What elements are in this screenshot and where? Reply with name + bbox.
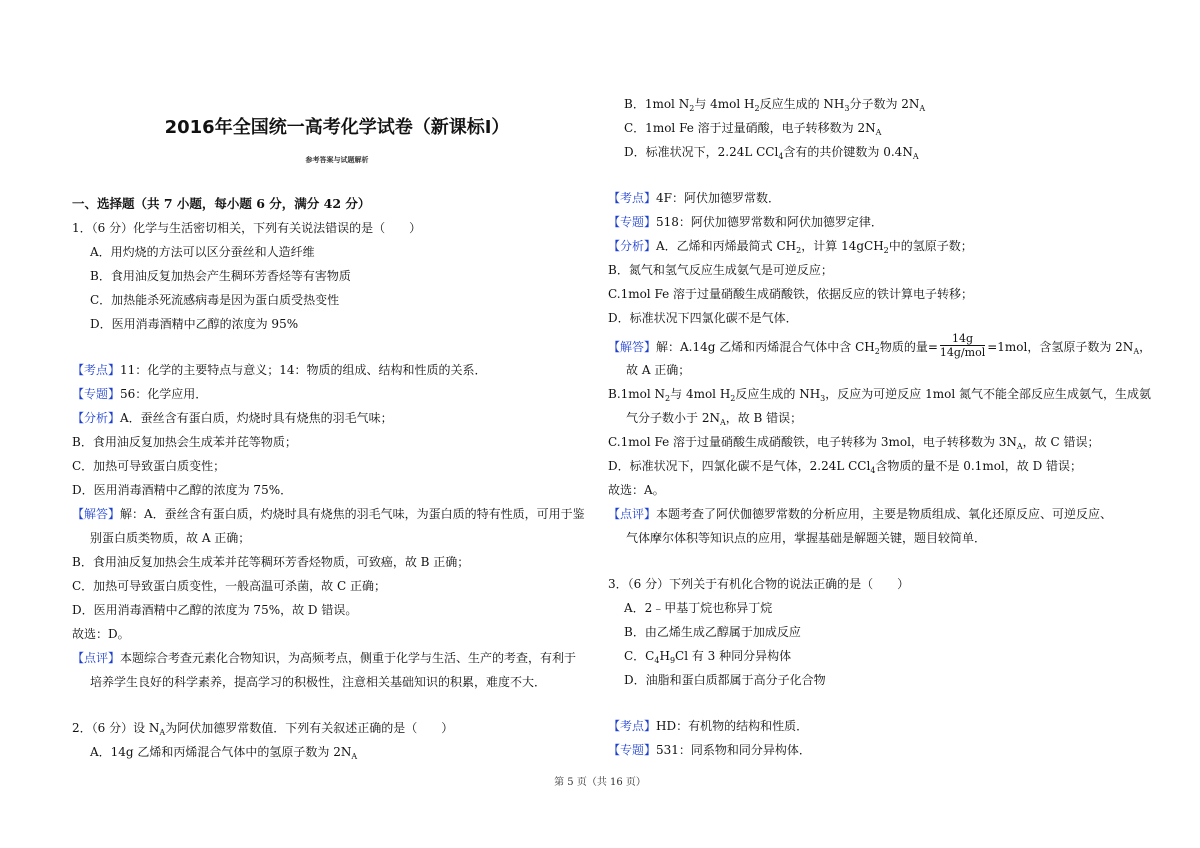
- zhuanti-tag: 【专题】: [608, 743, 656, 757]
- text: 与 4mol H: [694, 97, 754, 111]
- kaodian-text: 4F：阿伏加德罗常数．: [656, 191, 780, 205]
- q1-jieda-b: B．食用油反复加热会生成苯并芘等稠环芳香烃物质，可致癌，故 B 正确；: [72, 554, 469, 570]
- kaodian-text: 11：化学的主要特点与意义；14：物质的组成、结构和性质的关系．: [120, 363, 487, 377]
- text: 解：A.14g 乙烯和丙烯混合气体中含 CH: [656, 340, 875, 354]
- q3-kaodian: 【考点】HD：有机物的结构和性质．: [608, 718, 808, 734]
- q2-fenxi: 【分析】A．乙烯和丙烯最简式 CH2，计算 14gCH2中的氢原子数；: [608, 238, 973, 254]
- q2-stem-text: 为阿伏加德罗常数值．下列有关叙述正确的是（ ）: [165, 721, 453, 735]
- text: ，计算 14gCH: [801, 239, 883, 253]
- text: 气分子数小于 2N: [626, 411, 720, 425]
- q2-jieda: 【解答】解：A.14g 乙烯和丙烯混合气体中含 CH2物质的量=14g14g/m…: [608, 334, 1151, 361]
- text: B.1mol N: [608, 387, 665, 401]
- q2-fenxi-b: B．氮气和氢气反应生成氨气是可逆反应；: [608, 262, 833, 278]
- q1-jieda-d: D．医用消毒酒精中乙醇的浓度为 75%，故 D 错误。: [72, 602, 357, 618]
- text: D．标准状况下，四氯化碳不是气体，2.24L CCl: [608, 459, 870, 473]
- text: 反应生成的 NH: [735, 387, 820, 401]
- text: C.1mol Fe 溶于过量硝酸生成硝酸铁，电子转移为 3mol，电子转移数为 …: [608, 435, 1017, 449]
- q2-jieda-a2: 故 A 正确；: [608, 362, 690, 378]
- subscript: A: [351, 752, 357, 761]
- q1-jieda-cont: 别蛋白质类物质，故 A 正确；: [72, 530, 250, 546]
- dianping-text: 本题考查了阿伏伽德罗常数的分析应用，主要是物质组成、氧化还原反应、可逆反应、: [656, 507, 1112, 521]
- text: C．C: [624, 649, 654, 663]
- text: 分子数为 2N: [849, 97, 919, 111]
- text: ，: [1139, 340, 1151, 354]
- dianping-text: 本题综合考查元素化合物知识，为高频考点，侧重于化学与生活、生产的考查，有利于: [120, 651, 576, 665]
- text: =1mol，含氢原子数为 2N: [987, 340, 1133, 354]
- dianping-tag: 【点评】: [608, 507, 656, 521]
- dianping-tag: 【点评】: [72, 651, 120, 665]
- zhuanti-text: 518：阿伏加德罗常数和阿伏加德罗定律．: [656, 215, 883, 229]
- text: ，故 C 错误；: [1023, 435, 1100, 449]
- q2-option-d: D．标准状况下，2.24L CCl4含有的共价键数为 0.4NA: [608, 144, 919, 160]
- q2-dianping: 【点评】本题考查了阿伏伽德罗常数的分析应用，主要是物质组成、氧化还原反应、可逆反…: [608, 506, 1112, 522]
- kaodian-tag: 【考点】: [608, 191, 656, 205]
- q2-option-a: A．14g 乙烯和丙烯混合气体中的氢原子数为 2NA: [72, 744, 357, 760]
- q1-option-a: A．用灼烧的方法可以区分蚕丝和人造纤维: [72, 244, 315, 260]
- q1-dianping: 【点评】本题综合考查元素化合物知识，为高频考点，侧重于化学与生活、生产的考查，有…: [72, 650, 576, 666]
- q3-option-a: A．2﹣甲基丁烷也称异丁烷: [608, 600, 772, 616]
- q2-stem-text: 2．（6 分）设 N: [72, 721, 159, 735]
- q3-option-d: D．油脂和蛋白质都属于高分子化合物: [608, 672, 826, 688]
- text: Cl 有 3 种同分异构体: [675, 649, 791, 663]
- text: 与 4mol H: [670, 387, 730, 401]
- q1-jieda-c: C．加热可导致蛋白质变性，一般高温可杀菌，故 C 正确；: [72, 578, 386, 594]
- kaodian-tag: 【考点】: [72, 363, 120, 377]
- q2-fenxi-d: D．标准状况下四氯化碳不是气体．: [608, 310, 798, 326]
- q1-stem: 1．（6 分）化学与生活密切相关，下列有关说法错误的是（ ）: [72, 220, 421, 236]
- exam-page: 2016年全国统一高考化学试卷（新课标Ⅰ） 参考答案与试题解析 一、选择题（共 …: [0, 0, 1200, 848]
- q2-option-b: B．1mol N2与 4mol H2反应生成的 NH3分子数为 2NA: [608, 96, 925, 112]
- q1-fenxi-b: B．食用油反复加热会生成苯并芘等物质；: [72, 434, 297, 450]
- text: D．标准状况下，2.24L CCl: [624, 145, 778, 159]
- q2-dianping-cont: 气体摩尔体积等知识点的应用，掌握基础是解题关键，题目较简单．: [608, 530, 986, 546]
- q2-jieda-d: D．标准状况下，四氯化碳不是气体，2.24L CCl4含物质的量不是 0.1mo…: [608, 458, 1082, 474]
- q1-fenxi-c: C．加热可导致蛋白质变性；: [72, 458, 225, 474]
- q2-jieda-b2: 气分子数小于 2NA，故 B 错误；: [608, 410, 802, 426]
- q2-option-c: C．1mol Fe 溶于过量硝酸，电子转移数为 2NA: [608, 120, 881, 136]
- page-footer: 第 5 页（共 16 页）: [0, 773, 1200, 788]
- q2-option-a-text: A．14g 乙烯和丙烯混合气体中的氢原子数为 2N: [90, 745, 351, 759]
- text: 中的氢原子数；: [889, 239, 973, 253]
- fraction-numerator: 14g: [940, 332, 985, 346]
- fraction-denominator: 14g/mol: [940, 346, 985, 359]
- zhuanti-tag: 【专题】: [608, 215, 656, 229]
- text: B．1mol N: [624, 97, 689, 111]
- q3-zhuanti: 【专题】531：同系物和同分异构体．: [608, 742, 811, 758]
- zhuanti-text: 531：同系物和同分异构体．: [656, 743, 811, 757]
- fenxi-text: A．蚕丝含有蛋白质，灼烧时具有烧焦的羽毛气味；: [120, 411, 393, 425]
- q1-jieda: 【解答】解：A．蚕丝含有蛋白质，灼烧时具有烧焦的羽毛气味，为蛋白质的特有性质，可…: [72, 506, 585, 522]
- text: 含物质的量不是 0.1mol，故 D 错误；: [875, 459, 1082, 473]
- q3-stem: 3．（6 分）下列关于有机化合物的说法正确的是（ ）: [608, 576, 909, 592]
- zhuanti-text: 56：化学应用．: [120, 387, 207, 401]
- subscript: A: [919, 104, 925, 113]
- q3-option-b: B．由乙烯生成乙醇属于加成反应: [608, 624, 801, 640]
- text: C．1mol Fe 溶于过量硝酸，电子转移数为 2N: [624, 121, 876, 135]
- q2-stem: 2．（6 分）设 NA为阿伏加德罗常数值．下列有关叙述正确的是（ ）: [72, 720, 453, 736]
- jieda-text: 解：A．蚕丝含有蛋白质，灼烧时具有烧焦的羽毛气味，为蛋白质的特有性质，可用于鉴: [120, 507, 585, 521]
- q1-kaodian: 【考点】11：化学的主要特点与意义；14：物质的组成、结构和性质的关系．: [72, 362, 487, 378]
- subscript: A: [876, 128, 882, 137]
- text: ，反应为可逆反应 1mol 氮气不能全部反应生成氨气，生成氨: [825, 387, 1151, 401]
- q2-zhuanti: 【专题】518：阿伏加德罗常数和阿伏加德罗定律．: [608, 214, 883, 230]
- fenxi-tag: 【分析】: [72, 411, 120, 425]
- q3-option-c: C．C4H9Cl 有 3 种同分异构体: [608, 648, 791, 664]
- subscript: A: [913, 152, 919, 161]
- fenxi-tag: 【分析】: [608, 239, 656, 253]
- kaodian-text: HD：有机物的结构和性质．: [656, 719, 808, 733]
- q1-zhuanti: 【专题】56：化学应用．: [72, 386, 207, 402]
- zhuanti-tag: 【专题】: [72, 387, 120, 401]
- q2-fenxi-c: C.1mol Fe 溶于过量硝酸生成硝酸铁，依据反应的铁计算电子转移；: [608, 286, 973, 302]
- text: 含有的共价键数为 0.4N: [783, 145, 912, 159]
- page-subtitle: 参考答案与试题解析: [72, 152, 602, 168]
- q1-answer: 故选：D。: [72, 626, 130, 642]
- section-heading: 一、选择题（共 7 小题，每小题 6 分，满分 42 分）: [72, 196, 370, 212]
- jieda-tag: 【解答】: [608, 340, 656, 354]
- q2-jieda-b: B.1mol N2与 4mol H2反应生成的 NH3，反应为可逆反应 1mol…: [608, 386, 1151, 402]
- fraction: 14g14g/mol: [940, 332, 985, 359]
- q1-dianping-cont: 培养学生良好的科学素养，提高学习的积极性，注意相关基础知识的积累，难度不大．: [72, 674, 546, 690]
- text: 物质的量=: [880, 340, 938, 354]
- text: 反应生成的 NH: [760, 97, 845, 111]
- q1-fenxi-d: D．医用消毒酒精中乙醇的浓度为 75%．: [72, 482, 292, 498]
- jieda-tag: 【解答】: [72, 507, 120, 521]
- text: ，故 B 错误；: [726, 411, 802, 425]
- page-title: 2016年全国统一高考化学试卷（新课标Ⅰ）: [72, 120, 602, 136]
- kaodian-tag: 【考点】: [608, 719, 656, 733]
- q2-answer: 故选：A。: [608, 482, 665, 498]
- text: A．乙烯和丙烯最简式 CH: [656, 239, 796, 253]
- q1-option-d: D．医用消毒酒精中乙醇的浓度为 95%: [72, 316, 298, 332]
- q1-option-c: C．加热能杀死流感病毒是因为蛋白质受热变性: [72, 292, 339, 308]
- q2-jieda-c: C.1mol Fe 溶于过量硝酸生成硝酸铁，电子转移为 3mol，电子转移数为 …: [608, 434, 1099, 450]
- q2-kaodian: 【考点】4F：阿伏加德罗常数．: [608, 190, 780, 206]
- q1-option-b: B．食用油反复加热会产生稠环芳香烃等有害物质: [72, 268, 351, 284]
- q1-fenxi: 【分析】A．蚕丝含有蛋白质，灼烧时具有烧焦的羽毛气味；: [72, 410, 393, 426]
- text: H: [659, 649, 669, 663]
